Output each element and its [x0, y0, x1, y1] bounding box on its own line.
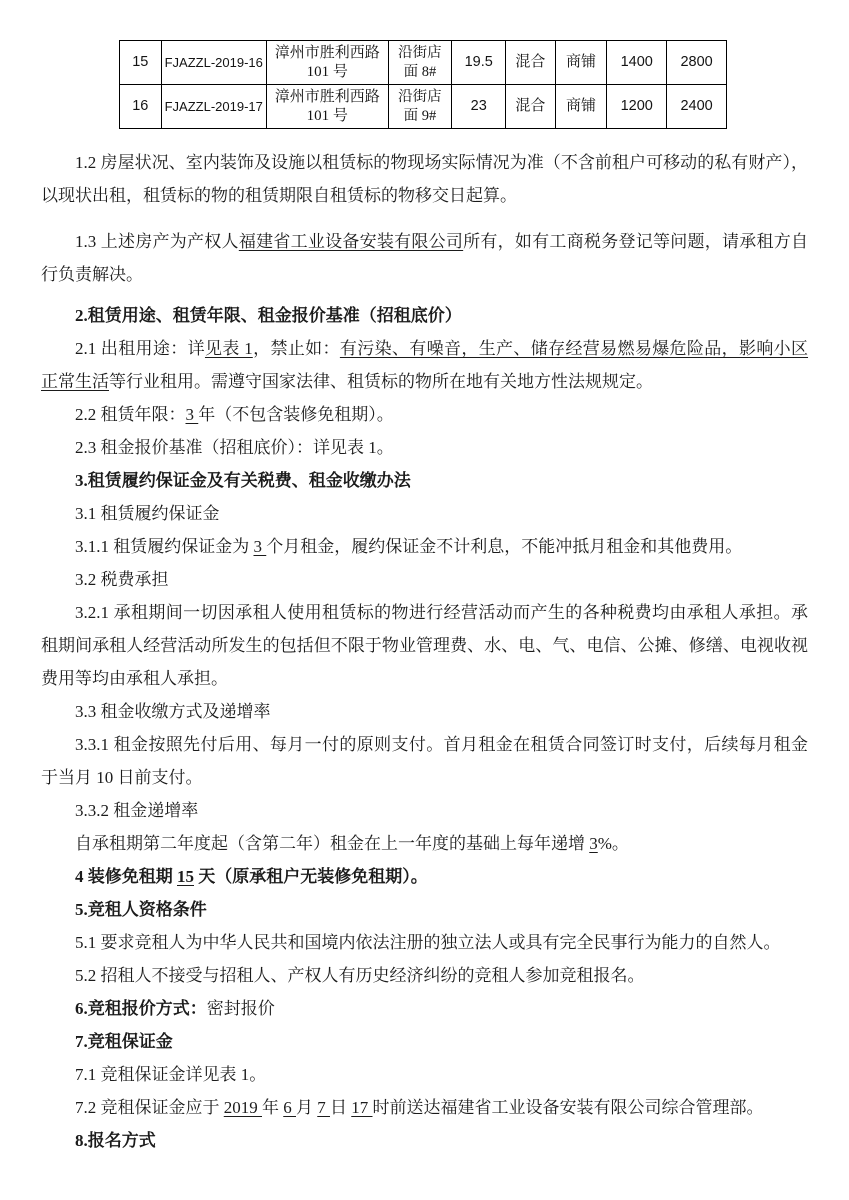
document-body: 1.2 房屋状况、室内装饰及设施以租赁标的物现场实际情况为准（不含前租户可移动的…: [41, 146, 808, 1157]
text-run: 6.竞租报价方式：: [75, 999, 207, 1018]
text-run: 2.租赁用途、租赁年限、租金报价基准（招租底价）: [75, 306, 462, 325]
text-run: 等行业租用。需遵守国家法律、租赁标的物所在地有关地方性法规规定。: [109, 372, 653, 391]
text-run: 年（不包含装修免租期）。: [198, 405, 394, 424]
text-run: %。: [598, 834, 629, 853]
text-run: 3.2 税费承担: [75, 570, 169, 589]
text-run: 年: [262, 1098, 283, 1117]
underlined-text: 2019: [224, 1098, 262, 1117]
text-run: 3.3.1 租金按照先付后用、每月一付的原则支付。首月租金在租赁合同签订时支付，…: [41, 735, 808, 787]
underlined-text: 见表 1: [205, 339, 253, 358]
table-cell: FJAZZL-2019-17: [161, 85, 266, 129]
clause-2-3: 2.3 租金报价基准（招租底价）：详见表 1。: [41, 431, 808, 464]
table-cell: 沿街店 面 8#: [388, 41, 452, 85]
text-run: 3.1 租赁履约保证金: [75, 504, 220, 523]
clause-3-3-1: 3.3.1 租金按照先付后用、每月一付的原则支付。首月租金在租赁合同签订时支付，…: [41, 728, 808, 794]
table-cell: 漳州市胜利西路 101 号: [266, 41, 388, 85]
text-run: 4 装修免租期: [75, 867, 177, 886]
text-run: 个月租金，履约保证金不计利息，不能冲抵月租金和其他费用。: [266, 537, 742, 556]
text-run: 1.3 上述房产为产权人: [75, 232, 239, 251]
clause-7-2: 7.2 竞租保证金应于 2019 年 6 月 7 日 17 时前送达福建省工业设…: [41, 1091, 808, 1124]
table-cell: 商铺: [555, 85, 607, 129]
clause-3-1: 3.1 租赁履约保证金: [41, 497, 808, 530]
text-run: 7.2 竞租保证金应于: [75, 1098, 224, 1117]
text-run: 1.2 房屋状况、室内装饰及设施以租赁标的物现场实际情况为准（不含前租户可移动的…: [41, 153, 808, 205]
section-7-heading: 7.竞租保证金: [41, 1025, 808, 1058]
table-cell: 沿街店 面 9#: [388, 85, 452, 129]
text-run: 3.租赁履约保证金及有关税费、租金收缴办法: [75, 471, 411, 490]
table-cell: 16: [120, 85, 162, 129]
table-cell: 漳州市胜利西路 101 号: [266, 85, 388, 129]
text-run: 天（原承租户无装修免租期）。: [194, 867, 428, 886]
clause-3-3-2: 3.3.2 租金递增率: [41, 794, 808, 827]
table-cell: 1200: [607, 85, 667, 129]
underlined-text: 福建省工业设备安装有限公司: [239, 232, 463, 251]
text-run: 5.1 要求竞租人为中华人民共和国境内依法注册的独立法人或具有完全民事行为能力的…: [75, 933, 781, 952]
section-4-heading: 4 装修免租期 15 天（原承租户无装修免租期）。: [41, 860, 808, 893]
text-run: 3.3.2 租金递增率: [75, 801, 198, 820]
underlined-text: 3: [589, 834, 598, 853]
clause-3-3-2-body: 自承租期第二年度起（含第二年）租金在上一年度的基础上每年递增 3%。: [41, 827, 808, 860]
text-run: 2.1 出租用途：详: [75, 339, 205, 358]
table-cell: 商铺: [555, 41, 607, 85]
underlined-text: 17: [351, 1098, 372, 1117]
section-6-heading: 6.竞租报价方式：密封报价: [41, 992, 808, 1025]
table-cell: 23: [452, 85, 506, 129]
clause-3-3: 3.3 租金收缴方式及递增率: [41, 695, 808, 728]
section-8-heading: 8.报名方式: [41, 1124, 808, 1157]
table-cell: 混合: [506, 85, 556, 129]
document-page: 15FJAZZL-2019-16漳州市胜利西路 101 号沿街店 面 8#19.…: [0, 0, 849, 1200]
table-cell: FJAZZL-2019-16: [161, 41, 266, 85]
section-3-heading: 3.租赁履约保证金及有关税费、租金收缴办法: [41, 464, 808, 497]
clause-7-1: 7.1 竞租保证金详见表 1。: [41, 1058, 808, 1091]
underlined-text: 15: [177, 867, 194, 886]
rental-table-body: 15FJAZZL-2019-16漳州市胜利西路 101 号沿街店 面 8#19.…: [120, 41, 727, 129]
text-run: 5.2 招租人不接受与招租人、产权人有历史经济纠纷的竞租人参加竞租报名。: [75, 966, 645, 985]
text-run: 时前送达福建省工业设备安装有限公司综合管理部。: [373, 1098, 764, 1117]
underlined-text: 7: [317, 1098, 330, 1117]
text-run: 3.1.1 租赁履约保证金为: [75, 537, 254, 556]
text-run: ，禁止如：: [253, 339, 340, 358]
text-run: 日: [330, 1098, 351, 1117]
underlined-text: 3: [186, 405, 199, 424]
table-cell: 19.5: [452, 41, 506, 85]
table-row: 15FJAZZL-2019-16漳州市胜利西路 101 号沿街店 面 8#19.…: [120, 41, 727, 85]
clause-5-2: 5.2 招租人不接受与招租人、产权人有历史经济纠纷的竞租人参加竞租报名。: [41, 959, 808, 992]
clause-2-2: 2.2 租赁年限：3 年（不包含装修免租期）。: [41, 398, 808, 431]
text-run: 2.2 租赁年限：: [75, 405, 186, 424]
text-run: 3.2.1 承租期间一切因承租人使用租赁标的物进行经营活动而产生的各种税费均由承…: [41, 603, 808, 688]
clause-3-2-1: 3.2.1 承租期间一切因承租人使用租赁标的物进行经营活动而产生的各种税费均由承…: [41, 596, 808, 695]
table-cell: 2800: [667, 41, 727, 85]
table-cell: 混合: [506, 41, 556, 85]
underlined-text: 6: [283, 1098, 296, 1117]
table-row: 16FJAZZL-2019-17漳州市胜利西路 101 号沿街店 面 9#23混…: [120, 85, 727, 129]
text-run: 7.竞租保证金: [75, 1032, 173, 1051]
clause-2-1: 2.1 出租用途：详见表 1，禁止如：有污染、有噪音，生产、储存经营易燃易爆危险…: [41, 332, 808, 398]
text-run: 2.3 租金报价基准（招租底价）：详见表 1。: [75, 438, 394, 457]
clause-1-3: 1.3 上述房产为产权人福建省工业设备安装有限公司所有，如有工商税务登记等问题，…: [41, 225, 808, 291]
table-cell: 15: [120, 41, 162, 85]
text-run: 自承租期第二年度起（含第二年）租金在上一年度的基础上每年递增: [75, 834, 589, 853]
text-run: 3.3 租金收缴方式及递增率: [75, 702, 271, 721]
text-run: 月: [296, 1098, 317, 1117]
text-run: 密封报价: [207, 999, 275, 1018]
table-cell: 1400: [607, 41, 667, 85]
underlined-text: 3: [254, 537, 267, 556]
section-5-heading: 5.竞租人资格条件: [41, 893, 808, 926]
clause-3-2: 3.2 税费承担: [41, 563, 808, 596]
table-cell: 2400: [667, 85, 727, 129]
clause-1-2: 1.2 房屋状况、室内装饰及设施以租赁标的物现场实际情况为准（不含前租户可移动的…: [41, 146, 808, 212]
text-run: 8.报名方式: [75, 1131, 156, 1150]
text-run: 7.1 竞租保证金详见表 1。: [75, 1065, 266, 1084]
section-2-heading: 2.租赁用途、租赁年限、租金报价基准（招租底价）: [41, 299, 808, 332]
text-run: 5.竞租人资格条件: [75, 900, 207, 919]
clause-5-1: 5.1 要求竞租人为中华人民共和国境内依法注册的独立法人或具有完全民事行为能力的…: [41, 926, 808, 959]
rental-table: 15FJAZZL-2019-16漳州市胜利西路 101 号沿街店 面 8#19.…: [119, 40, 727, 129]
clause-3-1-1: 3.1.1 租赁履约保证金为 3 个月租金，履约保证金不计利息，不能冲抵月租金和…: [41, 530, 808, 563]
